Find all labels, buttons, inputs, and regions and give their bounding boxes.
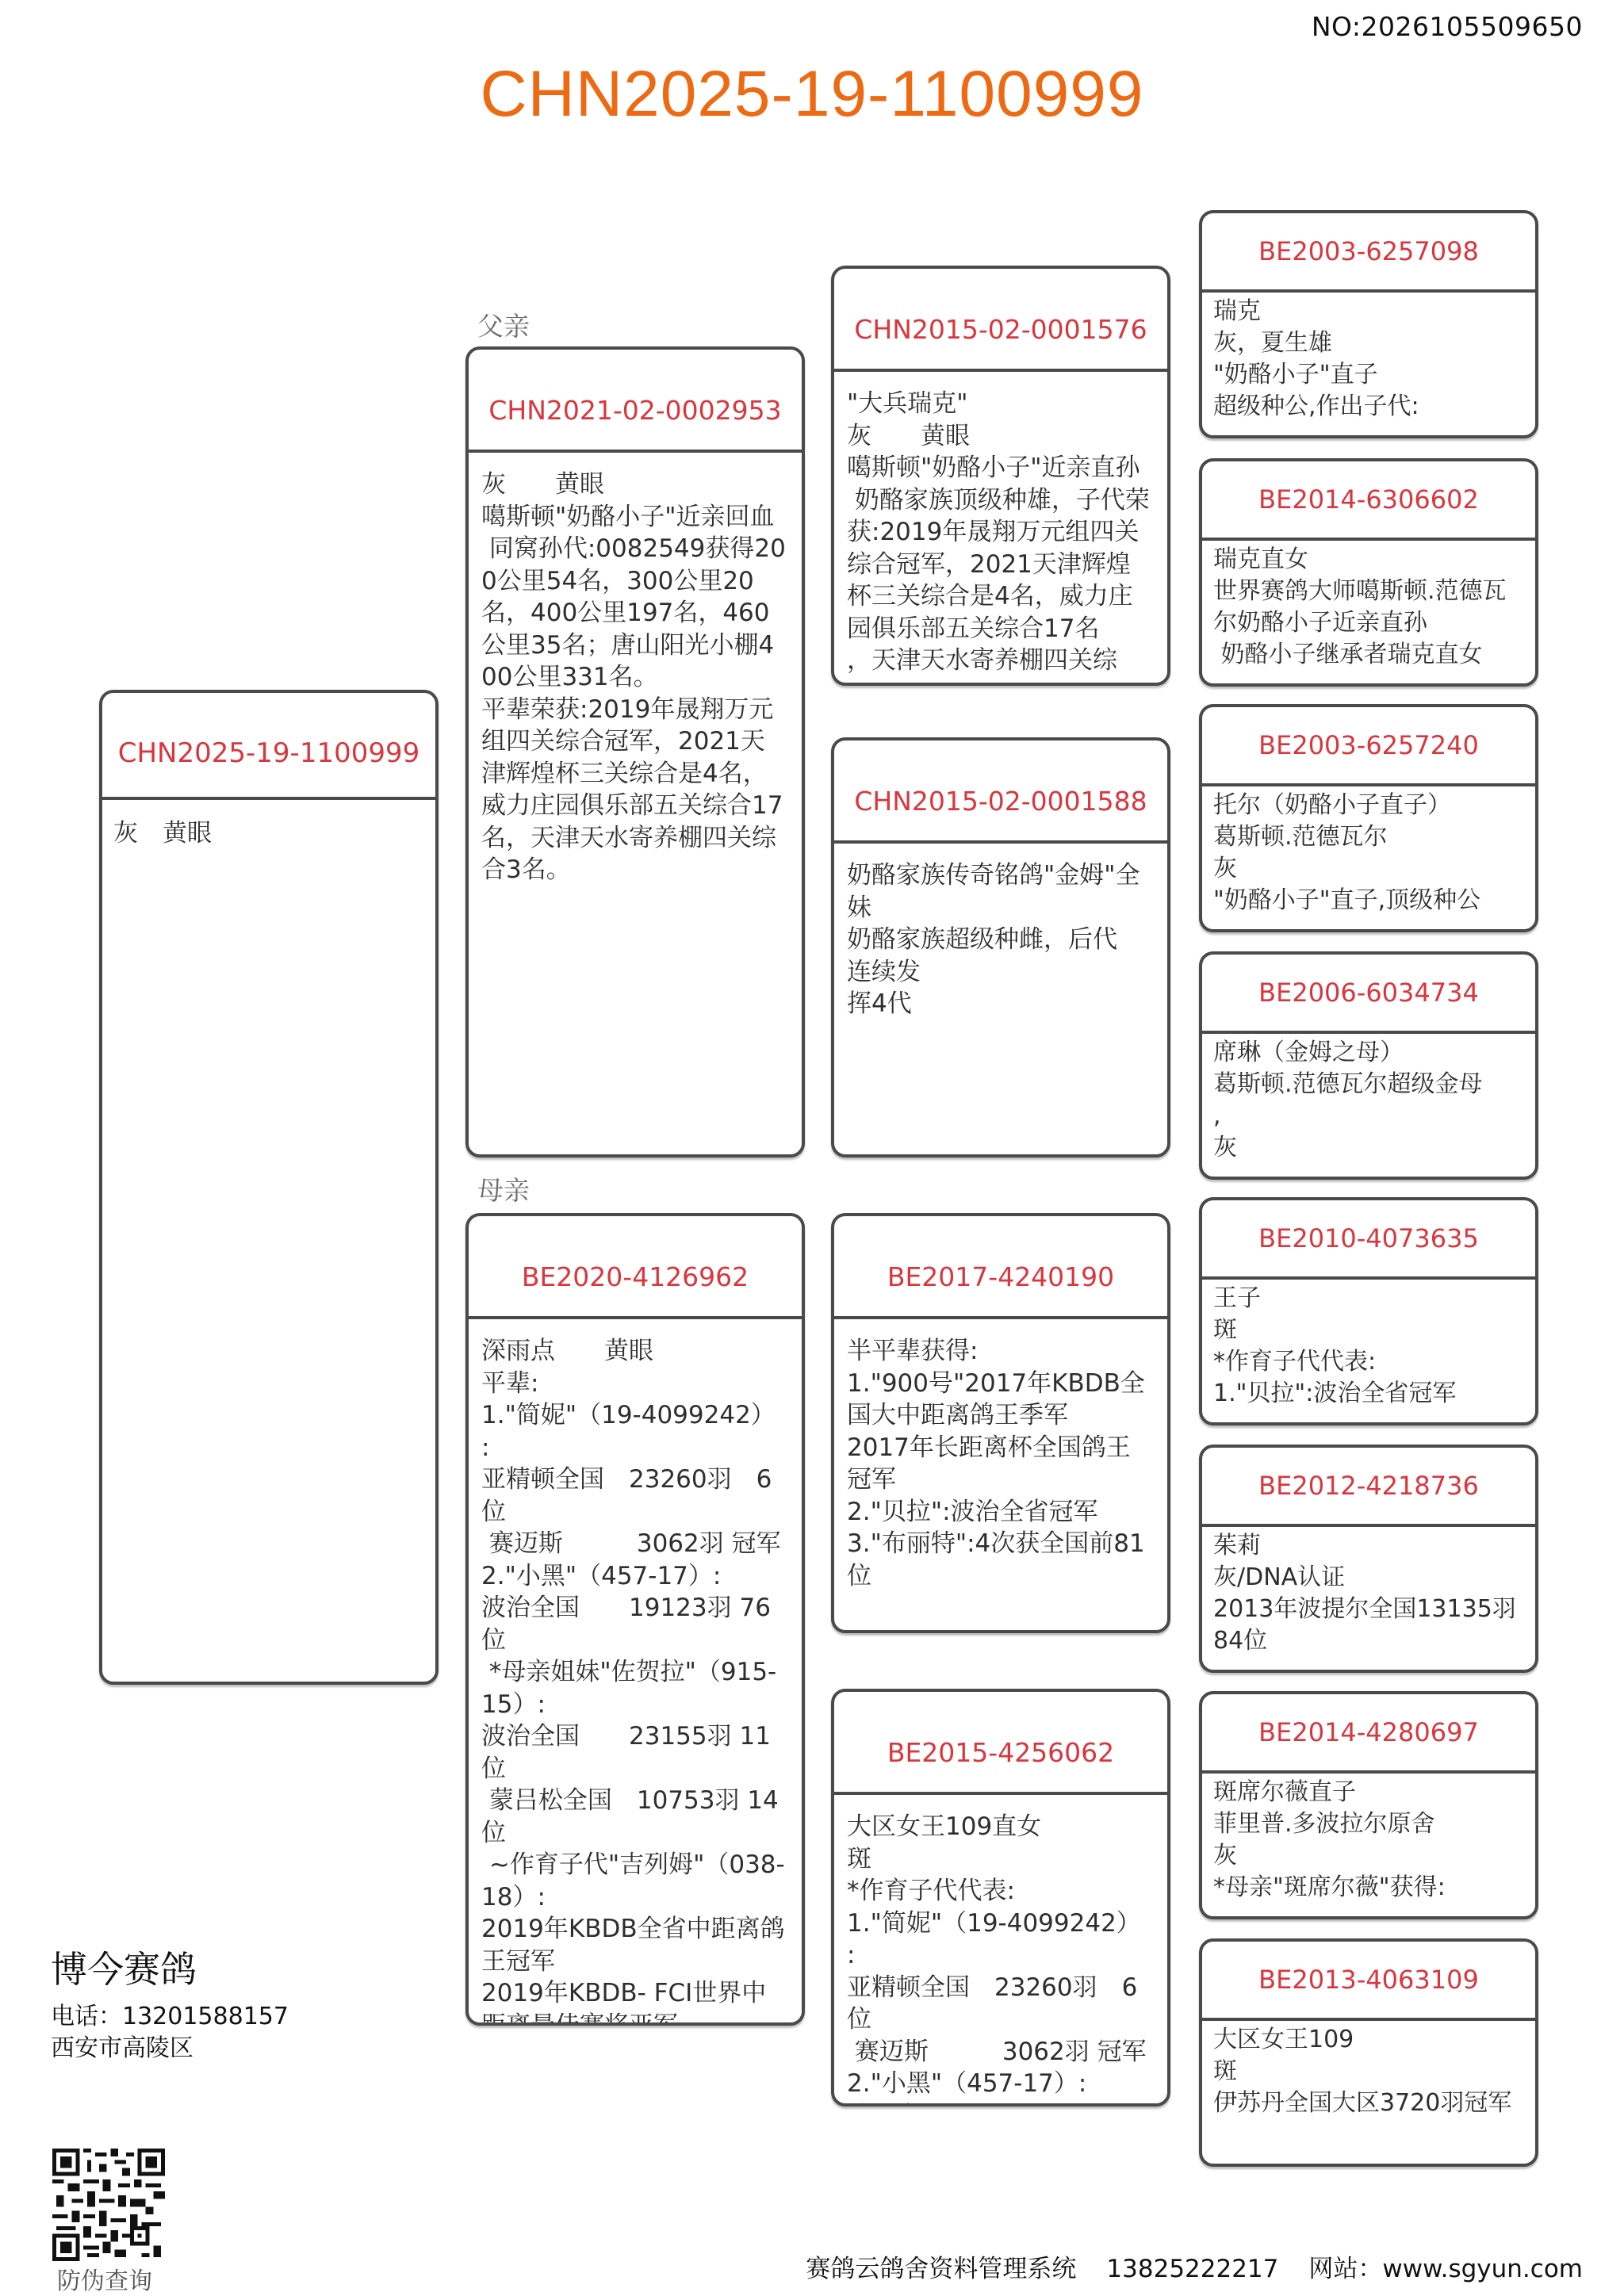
card-notes: 茱莉 灰/DNA认证 2013年波提尔全国13135羽 84位 — [1202, 1527, 1535, 1657]
great-grandparent-card[interactable]: BE2006-6034734 席琳（金姆之母） 葛斯顿.范德瓦尔超级金母 , 灰 — [1199, 951, 1538, 1180]
card-notes: 奶酪家族传奇铭鸽"金姆"全妹 奶酪家族超级种雌，后代 连续发 挥4代 — [834, 844, 1167, 1020]
ring-number: BE2003-6257098 — [1202, 213, 1535, 293]
ring-number: BE2014-4280697 — [1202, 1694, 1535, 1774]
card-notes: 大区女王109直女 斑 *作育子代代表: 1."简妮"（19-4099242） … — [834, 1795, 1167, 2107]
loft-address: 西安市高陵区 — [51, 2028, 193, 2063]
card-notes: 托尔（奶酪小子直子） 葛斯顿.范德瓦尔 灰 "奶酪小子"直子,顶级种公 — [1202, 786, 1535, 916]
dam-card[interactable]: BE2020-4126962 深雨点 黄眼 平辈: 1."简妮"（19-4099… — [465, 1213, 805, 2026]
loft-name: 博今赛鸽 — [51, 1941, 197, 1993]
ring-number: BE2003-6257240 — [1202, 707, 1535, 786]
great-grandparent-card[interactable]: BE2003-6257240 托尔（奶酪小子直子） 葛斯顿.范德瓦尔 灰 "奶酪… — [1199, 704, 1538, 932]
ring-number: CHN2025-19-1100999 — [102, 693, 435, 800]
sire-dam-card[interactable]: CHN2015-02-0001588 奶酪家族传奇铭鸽"金姆"全妹 奶酪家族超级… — [831, 737, 1170, 1158]
card-notes: 大区女王109 斑 伊苏丹全国大区3720羽冠军 — [1202, 2021, 1535, 2119]
card-notes: 深雨点 黄眼 平辈: 1."简妮"（19-4099242） : 亚精顿全国 23… — [469, 1319, 802, 2026]
ring-number: BE2013-4063109 — [1202, 1942, 1535, 2021]
ring-number: BE2015-4256062 — [834, 1692, 1167, 1795]
document-number: NO:2026105509650 — [1312, 11, 1583, 42]
sire-card[interactable]: CHN2021-02-0002953 灰 黄眼 噶斯顿"奶酪小子"近亲回血 同窝… — [465, 346, 805, 1158]
qr-code-icon[interactable] — [52, 2149, 165, 2261]
loft-phone: 电话：13201588157 — [51, 1996, 289, 2031]
sire-label: 父亲 — [477, 306, 530, 343]
dam-sire-card[interactable]: BE2017-4240190 半平辈获得: 1."900号"2017年KBDB全… — [831, 1213, 1170, 1633]
footer-system-name: 赛鸽云鸽舍资料管理系统 — [806, 2255, 1076, 2283]
card-notes: 灰 黄眼 — [102, 800, 435, 867]
footer-phone: 13825222217 — [1106, 2255, 1278, 2283]
ring-number: CHN2015-02-0001576 — [834, 269, 1167, 372]
qr-label: 防伪查询 — [57, 2261, 152, 2296]
great-grandparent-card[interactable]: BE2003-6257098 瑞克 灰，夏生雄 "奶酪小子"直子 超级种公,作出… — [1199, 210, 1538, 438]
sire-sire-card[interactable]: CHN2015-02-0001576 "大兵瑞克" 灰 黄眼 噶斯顿"奶酪小子"… — [831, 266, 1170, 686]
card-notes: 瑞克 灰，夏生雄 "奶酪小子"直子 超级种公,作出子代: — [1202, 293, 1535, 423]
ring-number: BE2006-6034734 — [1202, 955, 1535, 1034]
ring-number: BE2014-6306602 — [1202, 461, 1535, 541]
great-grandparent-card[interactable]: BE2012-4218736 茱莉 灰/DNA认证 2013年波提尔全国1313… — [1199, 1445, 1538, 1673]
card-notes: 王子 斑 *作育子代代表: 1."贝拉":波治全省冠军 — [1202, 1280, 1535, 1410]
ring-number: BE2010-4073635 — [1202, 1200, 1535, 1280]
subject-card[interactable]: CHN2025-19-1100999 灰 黄眼 — [99, 690, 439, 1685]
page-title: CHN2025-19-1100999 — [0, 57, 1624, 132]
card-notes: "大兵瑞克" 灰 黄眼 噶斯顿"奶酪小子"近亲直孙 奶酪家族顶级种雄，子代荣获:… — [834, 372, 1167, 677]
ring-number: CHN2015-02-0001588 — [834, 740, 1167, 844]
footer-website-link[interactable]: 网站：www.sgyun.com — [1308, 2255, 1583, 2283]
ring-number: BE2020-4126962 — [469, 1216, 802, 1319]
ring-number: BE2017-4240190 — [834, 1216, 1167, 1319]
card-notes: 席琳（金姆之母） 葛斯顿.范德瓦尔超级金母 , 灰 — [1202, 1034, 1535, 1164]
great-grandparent-card[interactable]: BE2014-6306602 瑞克直女 世界赛鸽大师噶斯顿.范德瓦尔奶酪小子近亲… — [1199, 458, 1538, 687]
card-notes: 半平辈获得: 1."900号"2017年KBDB全国大中距离鸽王季军 2017年… — [834, 1319, 1167, 1592]
card-notes: 灰 黄眼 噶斯顿"奶酪小子"近亲回血 同窝孙代:0082549获得200公里54… — [469, 453, 802, 886]
footer: 赛鸽云鸽舍资料管理系统13825222217网站：www.sgyun.com — [806, 2248, 1583, 2284]
dam-label: 母亲 — [477, 1170, 530, 1207]
card-notes: 瑞克直女 世界赛鸽大师噶斯顿.范德瓦尔奶酪小子近亲直孙 奶酪小子继承者瑞克直女 — [1202, 541, 1535, 671]
ring-number: CHN2021-02-0002953 — [469, 350, 802, 453]
card-notes: 斑席尔薇直子 菲里普.多波拉尔原舍 灰 *母亲"斑席尔薇"获得: — [1202, 1774, 1535, 1904]
great-grandparent-card[interactable]: BE2014-4280697 斑席尔薇直子 菲里普.多波拉尔原舍 灰 *母亲"斑… — [1199, 1691, 1538, 1919]
great-grandparent-card[interactable]: BE2010-4073635 王子 斑 *作育子代代表: 1."贝拉":波治全省… — [1199, 1197, 1538, 1425]
dam-dam-card[interactable]: BE2015-4256062 大区女王109直女 斑 *作育子代代表: 1."简… — [831, 1689, 1170, 2107]
ring-number: BE2012-4218736 — [1202, 1448, 1535, 1527]
great-grandparent-card[interactable]: BE2013-4063109 大区女王109 斑 伊苏丹全国大区3720羽冠军 — [1199, 1938, 1538, 2167]
